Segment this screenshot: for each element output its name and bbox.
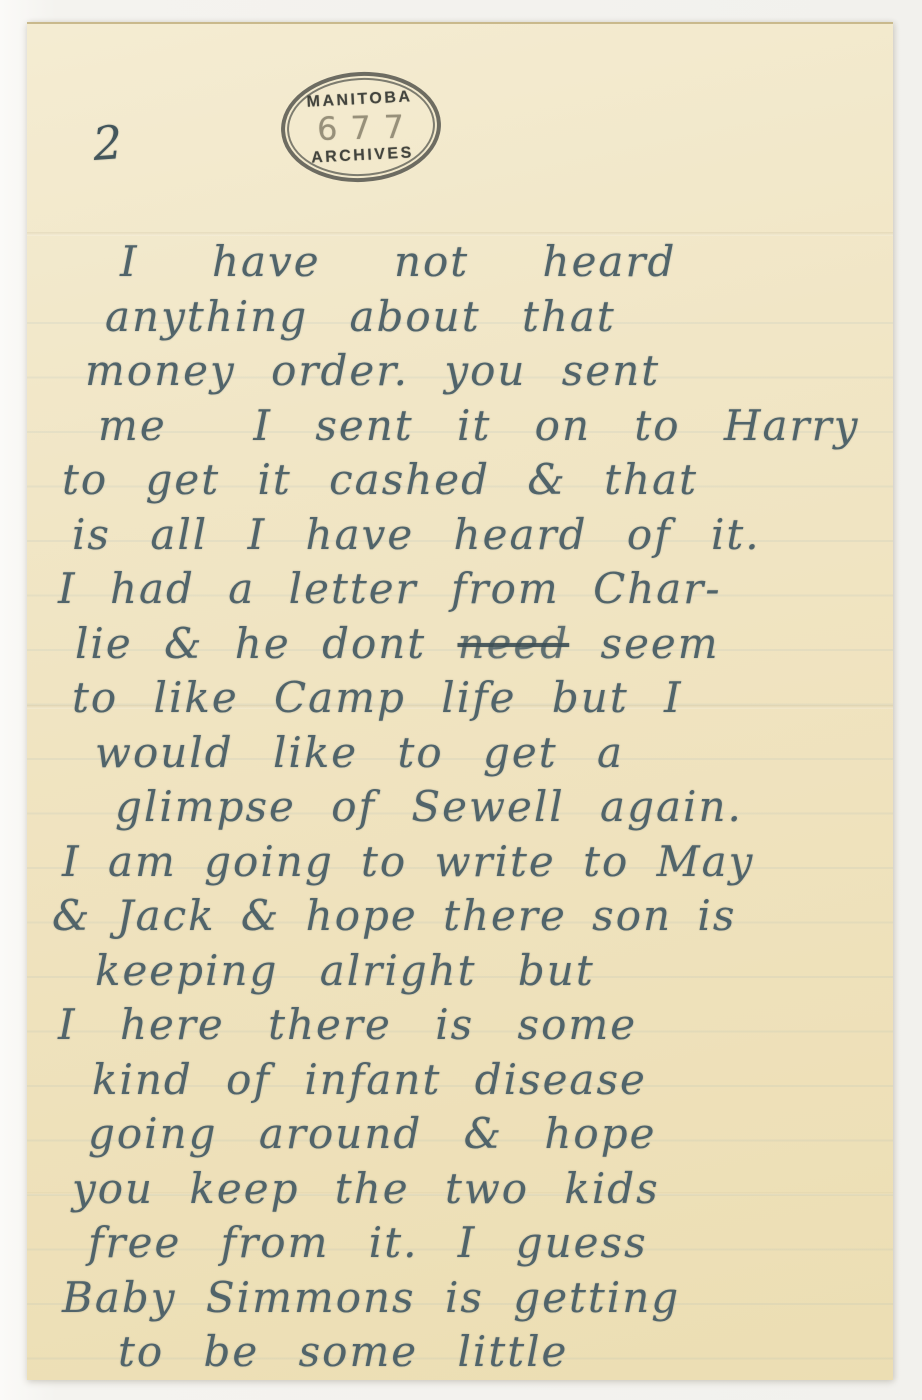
handwriting-line: kind of infant disease [27,1054,893,1109]
manitoba-archives-stamp: MANITOBA 677 ARCHIVES [278,68,444,186]
struck-word: need [458,619,570,668]
handwriting-line: & Jack & hope there son is [27,890,893,945]
handwriting-line: keeping alright but [27,945,893,1000]
handwriting-line: you keep the two kids [27,1163,893,1218]
handwriting-line: would like to get a [27,727,893,782]
handwriting-line: to like Camp life but I [27,672,893,727]
handwriting-line: anything about that [27,291,893,346]
stamp-accession-number: 677 [317,107,418,148]
handwriting-line: I have not heard [27,236,893,291]
handwriting-line: glimpse of Sewell again. [27,781,893,836]
handwriting-line: is all I have heard of it. [27,509,893,564]
page-number: 2 [91,119,123,167]
line-text: seem [569,619,719,668]
handwriting-line: to get it cashed & that [27,454,893,509]
handwriting-line: I had a letter from Char- [27,563,893,618]
letter-page: 2 MANITOBA 677 ARCHIVES I have not heard… [27,22,893,1380]
stamp-text-archives: ARCHIVES [311,144,414,167]
handwriting-line: to be some little [27,1326,893,1381]
line-text: lie & he dont [75,619,458,668]
handwriting-line-with-strikeout: lie & he dont need seem [27,618,893,673]
handwriting-line: Baby Simmons is getting [27,1272,893,1327]
scan-background: 2 MANITOBA 677 ARCHIVES I have not heard… [0,0,922,1400]
handwriting-line: I here there is some [27,999,893,1054]
letter-body: I have not heard anything about that mon… [27,236,893,1381]
handwriting-line: going around & hope [27,1108,893,1163]
handwriting-line: free from it. I guess [27,1217,893,1272]
stamp-content: MANITOBA 677 ARCHIVES [282,72,439,182]
handwriting-line: me I sent it on to Harry [27,400,893,455]
handwriting-line: I am going to write to May [27,836,893,891]
handwriting-line: money order. you sent [27,345,893,400]
